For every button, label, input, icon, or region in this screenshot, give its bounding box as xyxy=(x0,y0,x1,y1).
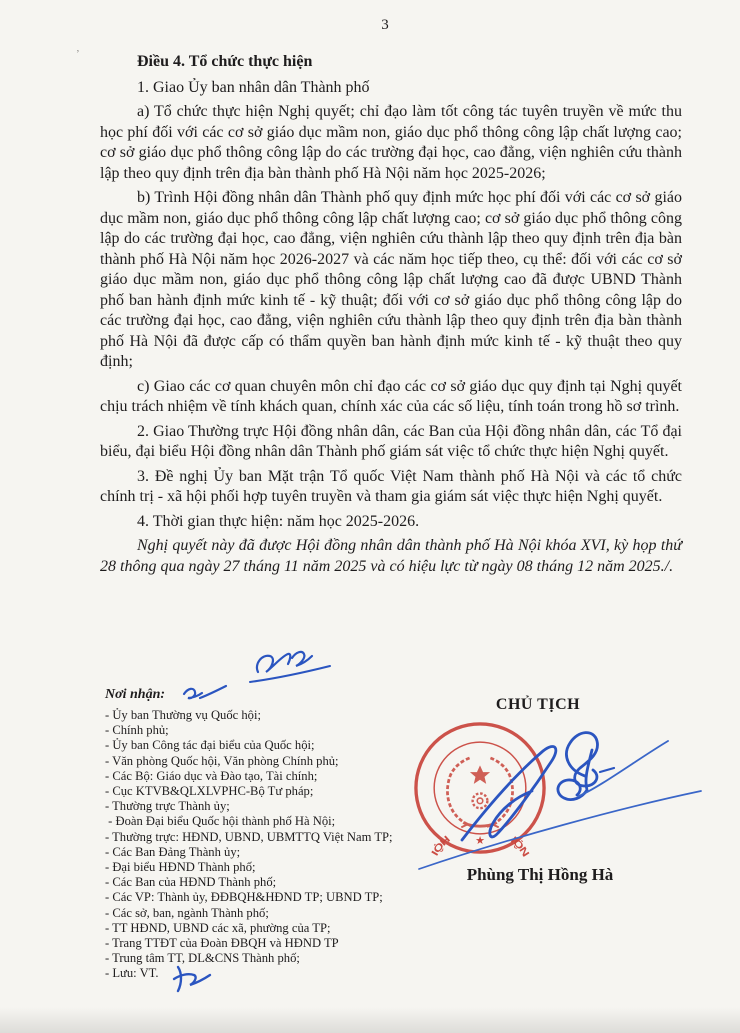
recipient-item: - Chính phủ; xyxy=(105,723,393,738)
recipient-item: - Văn phòng Quốc hội, Văn phòng Chính ph… xyxy=(105,754,393,769)
recipient-item: - Cục KTVB&QLXLVPHC-Bộ Tư pháp; xyxy=(105,784,393,799)
signer-title: CHỦ TỊCH xyxy=(438,696,638,714)
paragraph: 2. Giao Thường trực Hội đồng nhân dân, c… xyxy=(100,422,682,463)
handwritten-initial-icon xyxy=(168,963,212,999)
scan-speck: ’ xyxy=(76,48,80,60)
recipient-item: - Các Ban Đảng Thành ủy; xyxy=(105,845,393,860)
paragraph: c) Giao các cơ quan chuyên môn chỉ đạo c… xyxy=(100,377,682,418)
signature xyxy=(400,715,720,880)
document-body: Điều 4. Tổ chức thực hiện 1. Giao Ủy ban… xyxy=(100,52,682,581)
body-paragraphs: 1. Giao Ủy ban nhân dân Thành phố a) Tổ … xyxy=(100,78,682,533)
recipients-list: - Ủy ban Thường vụ Quốc hội; - Chính phủ… xyxy=(105,708,393,982)
recipient-item: - Thường trực: HĐND, UBND, UBMTTQ Việt N… xyxy=(105,830,393,845)
recipient-item: - Các sở, ban, ngành Thành phố; xyxy=(105,906,393,921)
page-number: 3 xyxy=(15,17,740,34)
paragraph: 1. Giao Ủy ban nhân dân Thành phố xyxy=(100,78,682,99)
recipient-item: - Lưu: VT. xyxy=(105,966,393,981)
handwritten-check-icon xyxy=(180,684,228,706)
recipients-label: Nơi nhận: xyxy=(105,687,165,703)
recipient-item: - Trung tâm TT, DL&CNS Thành phố; xyxy=(105,951,393,966)
paragraph: b) Trình Hội đồng nhân dân Thành phố quy… xyxy=(100,188,682,373)
paragraph: a) Tổ chức thực hiện Nghị quyết; chỉ đạo… xyxy=(100,102,682,184)
recipient-item: - Đoàn Đại biểu Quốc hội thành phố Hà Nộ… xyxy=(105,814,393,829)
recipient-item: - Trang TTĐT của Đoàn ĐBQH và HĐND TP xyxy=(105,936,393,951)
recipient-item: - Ủy ban Công tác đại biểu của Quốc hội; xyxy=(105,738,393,753)
paragraph: 4. Thời gian thực hiện: năm học 2025-202… xyxy=(100,512,682,533)
closing-paragraph: Nghị quyết này đã được Hội đồng nhân dân… xyxy=(100,536,682,577)
handwritten-initial-icon xyxy=(244,644,334,688)
signer-name: Phùng Thị Hồng Hà xyxy=(420,865,660,885)
article-heading: Điều 4. Tổ chức thực hiện xyxy=(100,52,682,73)
recipient-item: - Đại biểu HĐND Thành phố; xyxy=(105,860,393,875)
recipient-item: - Các Bộ: Giáo dục và Đào tạo, Tài chính… xyxy=(105,769,393,784)
recipient-item: - Các Ban của HĐND Thành phố; xyxy=(105,875,393,890)
document-page: 3 ’ , Điều 4. Tổ chức thực hiện 1. Giao … xyxy=(0,0,740,1033)
recipient-item: - Các VP: Thành ủy, ĐĐBQH&HĐND TP; UBND … xyxy=(105,890,393,905)
recipient-item: - TT HĐND, UBND các xã, phường của TP; xyxy=(105,921,393,936)
paragraph: 3. Đề nghị Ủy ban Mặt trận Tổ quốc Việt … xyxy=(100,467,682,508)
recipient-item: - Ủy ban Thường vụ Quốc hội; xyxy=(105,708,393,723)
recipient-item: - Thường trực Thành ủy; xyxy=(105,799,393,814)
